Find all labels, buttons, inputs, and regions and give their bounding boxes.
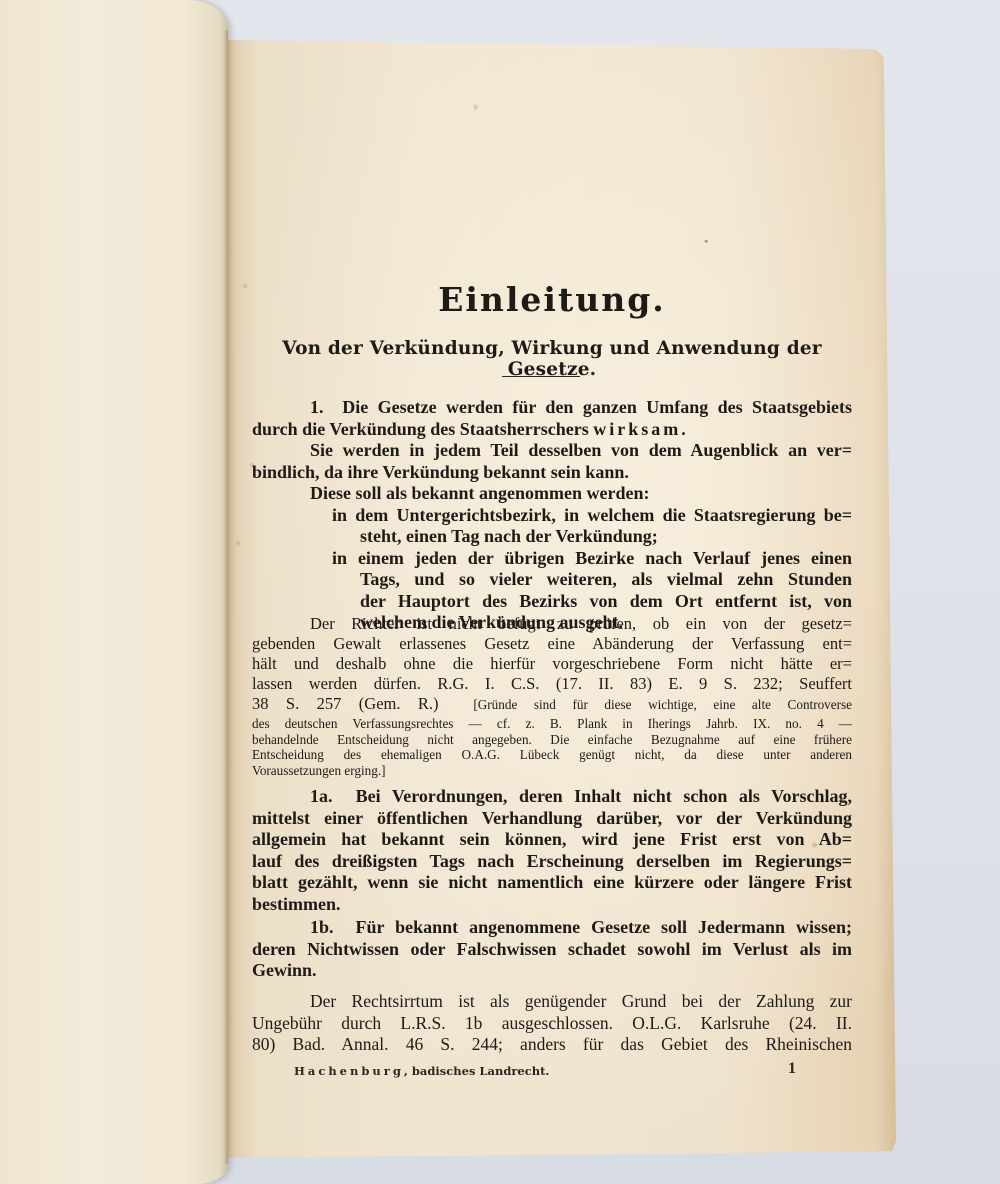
photo-scene: Einleitung. Von der Verkündung, Wirkung … (0, 0, 1000, 1184)
section-1-list-item-2-line-1: in einem jeden der übrigen Bezirke nach … (252, 548, 852, 570)
commentary-1-note: des deutschen Verfassungsrechtes — cf. z… (252, 716, 852, 778)
left-page-edge-shadow (224, 30, 228, 1164)
title-divider (502, 376, 580, 377)
commentary-1-line-4: lassen werden dürfen. R.G. I. C.S. (17. … (252, 674, 852, 694)
chapter-title: Einleitung. (252, 280, 852, 319)
section-1-list-item-1-line-1: in dem Untergerichtsbezirk, in welchem d… (252, 505, 852, 527)
section-1b-line-3: Gewinn. (252, 960, 852, 982)
note-start: [Gründe sind für diese wichtige, eine al… (473, 697, 852, 712)
section-1b: 1b. Für bekannt angenommene Gesetze soll… (252, 917, 852, 982)
page-number: 1 (788, 1060, 796, 1078)
section-1a-line-5: blatt gezählt, wenn sie nicht namentlich… (252, 872, 852, 894)
section-1b-line-2: deren Nichtwissen oder Falschwissen scha… (252, 939, 852, 961)
section-1-list-item-2-line-3: der Hauptort des Bezirks von dem Ort ent… (252, 591, 852, 613)
section-1-list-item-2-line-2: Tags, und so vieler weiteren, als vielma… (252, 569, 852, 591)
signature-line: Hachenburg, badisches Landrecht. (294, 1064, 549, 1078)
section-1a-line-4: lauf des dreißigsten Tags nach Erscheinu… (252, 851, 852, 873)
section-1a-line-1: 1a. Bei Verordnungen, deren Inhalt nicht… (252, 786, 852, 808)
section-1b-number: 1b. (310, 917, 334, 937)
section-1: 1. Die Gesetze werden für den ganzen Umf… (252, 397, 852, 634)
commentary-2-line-3: 80) Bad. Annal. 46 S. 244; anders für da… (252, 1034, 852, 1056)
commentary-1-line-2: gebenden Gewalt erlassenes Gesetz eine A… (252, 634, 852, 654)
left-book-page-blank (0, 0, 228, 1184)
chapter-subtitle: Von der Verkündung, Wirkung und Anwendun… (252, 338, 852, 380)
commentary-2-line-1: Der Rechtsirrtum ist als genügender Grun… (252, 991, 852, 1013)
note-line-2: behandelnde Entscheidung nicht angegeben… (252, 732, 852, 748)
commentary-1-line-5: 38 S. 257 (Gem. R.) [Gründe sind für die… (252, 694, 852, 714)
section-1a: 1a. Bei Verordnungen, deren Inhalt nicht… (252, 786, 852, 915)
section-1-line-1: 1. Die Gesetze werden für den ganzen Umf… (252, 397, 852, 419)
section-1-para2-line-2: bindlich, da ihre Verkündung bekannt sei… (252, 462, 852, 484)
commentary-1-line-3: hält und deshalb ohne die hierfür vorges… (252, 654, 852, 674)
commentary-2: Der Rechtsirrtum ist als genügender Grun… (252, 991, 852, 1056)
section-1-number: 1. (310, 397, 324, 417)
work-title: , badisches Landrecht. (404, 1064, 550, 1078)
commentary-1: Der Richter ist nicht befugt zu prüfen, … (252, 614, 852, 714)
note-line-1: des deutschen Verfassungsrechtes — cf. z… (252, 716, 852, 732)
section-1-para3-intro: Diese soll als bekannt angenommen werden… (252, 483, 852, 505)
commentary-1-line-1: Der Richter ist nicht befugt zu prüfen, … (252, 614, 852, 634)
section-1-para2-line-1: Sie werden in jedem Teil desselben von d… (252, 440, 852, 462)
section-1a-number: 1a. (310, 786, 333, 806)
section-1a-line-3: allgemein hat bekannt sein können, wird … (252, 829, 852, 851)
citation: 38 S. 257 (Gem. R.) (252, 694, 439, 713)
author-name: Hachenburg (294, 1064, 404, 1078)
section-1a-line-6: bestimmen. (252, 894, 852, 916)
section-1-list-item-1-line-2: steht, einen Tag nach der Verkündung; (252, 526, 852, 548)
section-1a-line-2: mittelst einer öffentlichen Verhandlung … (252, 808, 852, 830)
commentary-2-line-2: Ungebühr durch L.R.S. 1b ausgeschlossen.… (252, 1013, 852, 1035)
note-line-3: Entscheidung des ehemaligen O.A.G. Lübec… (252, 747, 852, 763)
section-1-line-2: durch die Verkündung des Staatsherrscher… (252, 419, 852, 441)
section-1b-line-1: 1b. Für bekannt angenommene Gesetze soll… (252, 917, 852, 939)
note-line-4: Voraussetzungen erging.] (252, 763, 852, 779)
